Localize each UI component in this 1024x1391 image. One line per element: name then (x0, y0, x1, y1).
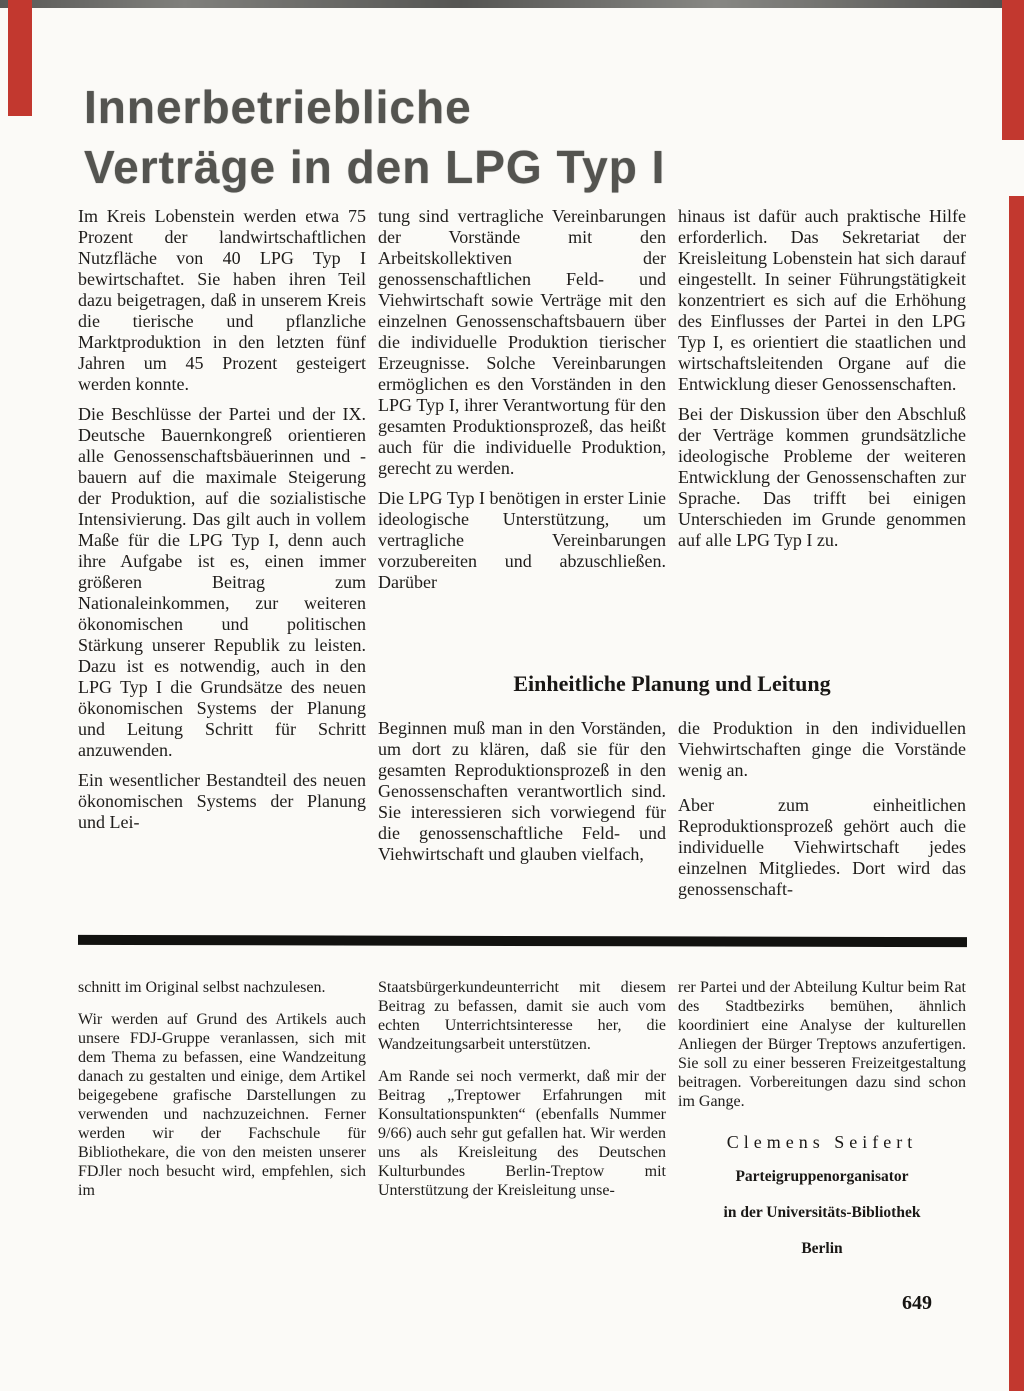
mid-column-left: Beginnen muß man in den Vorständen, um d… (378, 718, 666, 879)
signature-block: Clemens Seifert Parteigruppenorganisator… (678, 1133, 966, 1260)
body-paragraph: hinaus ist dafür auch praktische Hilfe e… (678, 206, 966, 395)
divider-rule (78, 935, 967, 947)
mid-column-right: die Produktion in den individuellen Vieh… (678, 718, 966, 914)
scan-top-edge (0, 0, 1024, 8)
body-paragraph: Aber zum einheitlichen Reproduktionsproz… (678, 795, 966, 900)
body-paragraph: Am Rande sei noch vermerkt, daß mir der … (378, 1067, 666, 1200)
signature-role: Berlin (678, 1237, 966, 1260)
body-paragraph: Wir werden auf Grund des Artikels auch u… (78, 1010, 366, 1200)
scanned-journal-page: Innerbetriebliche Verträge in den LPG Ty… (0, 0, 1024, 1391)
bottom-column-1: schnitt im Original selbst nachzulesen. … (78, 978, 366, 1213)
signature-role: Parteigruppenorganisator (678, 1165, 966, 1188)
top-column-2: tung sind vertragliche Vereinbarungen de… (378, 206, 666, 602)
article-title-line2: Verträge in den LPG Typ I (84, 141, 665, 193)
body-paragraph: Ein wesentlicher Bestandteil des neuen ö… (78, 770, 366, 833)
red-edge-mark-right-top (1002, 0, 1024, 140)
body-paragraph: Die LPG Typ I benötigen in erster Linie … (378, 488, 666, 593)
body-paragraph: die Produktion in den individuellen Vieh… (678, 718, 966, 781)
body-paragraph: Bei der Diskussion über den Abschluß der… (678, 404, 966, 551)
bottom-column-2: Staatsbürgerkundeunterricht mit diesem B… (378, 978, 666, 1213)
signature-name: Clemens Seifert (678, 1133, 966, 1152)
article-title: Innerbetriebliche Verträge in den LPG Ty… (84, 77, 844, 197)
body-paragraph: schnitt im Original selbst nachzulesen. (78, 978, 366, 997)
signature-role: in der Universitäts-Bibliothek (678, 1201, 966, 1224)
page-number: 649 (902, 1292, 932, 1315)
red-edge-mark-left (8, 0, 32, 116)
body-paragraph: Im Kreis Lobenstein werden etwa 75 Proze… (78, 206, 366, 395)
body-paragraph: Beginnen muß man in den Vorständen, um d… (378, 718, 666, 865)
top-column-1: Im Kreis Lobenstein werden etwa 75 Proze… (78, 206, 366, 842)
body-paragraph: rer Partei und der Abteilung Kultur beim… (678, 978, 966, 1111)
article-title-line1: Innerbetriebliche (84, 81, 472, 133)
top-column-3: hinaus ist dafür auch praktische Hilfe e… (678, 206, 966, 560)
red-edge-mark-right (1009, 196, 1024, 1391)
body-paragraph: tung sind vertragliche Vereinbarungen de… (378, 206, 666, 479)
section-heading: Einheitliche Planung und Leitung (378, 671, 966, 697)
body-paragraph: Staatsbürgerkundeunterricht mit diesem B… (378, 978, 666, 1054)
bottom-column-3: rer Partei und der Abteilung Kultur beim… (678, 978, 966, 1273)
body-paragraph: Die Beschlüsse der Partei und der IX. De… (78, 404, 366, 761)
